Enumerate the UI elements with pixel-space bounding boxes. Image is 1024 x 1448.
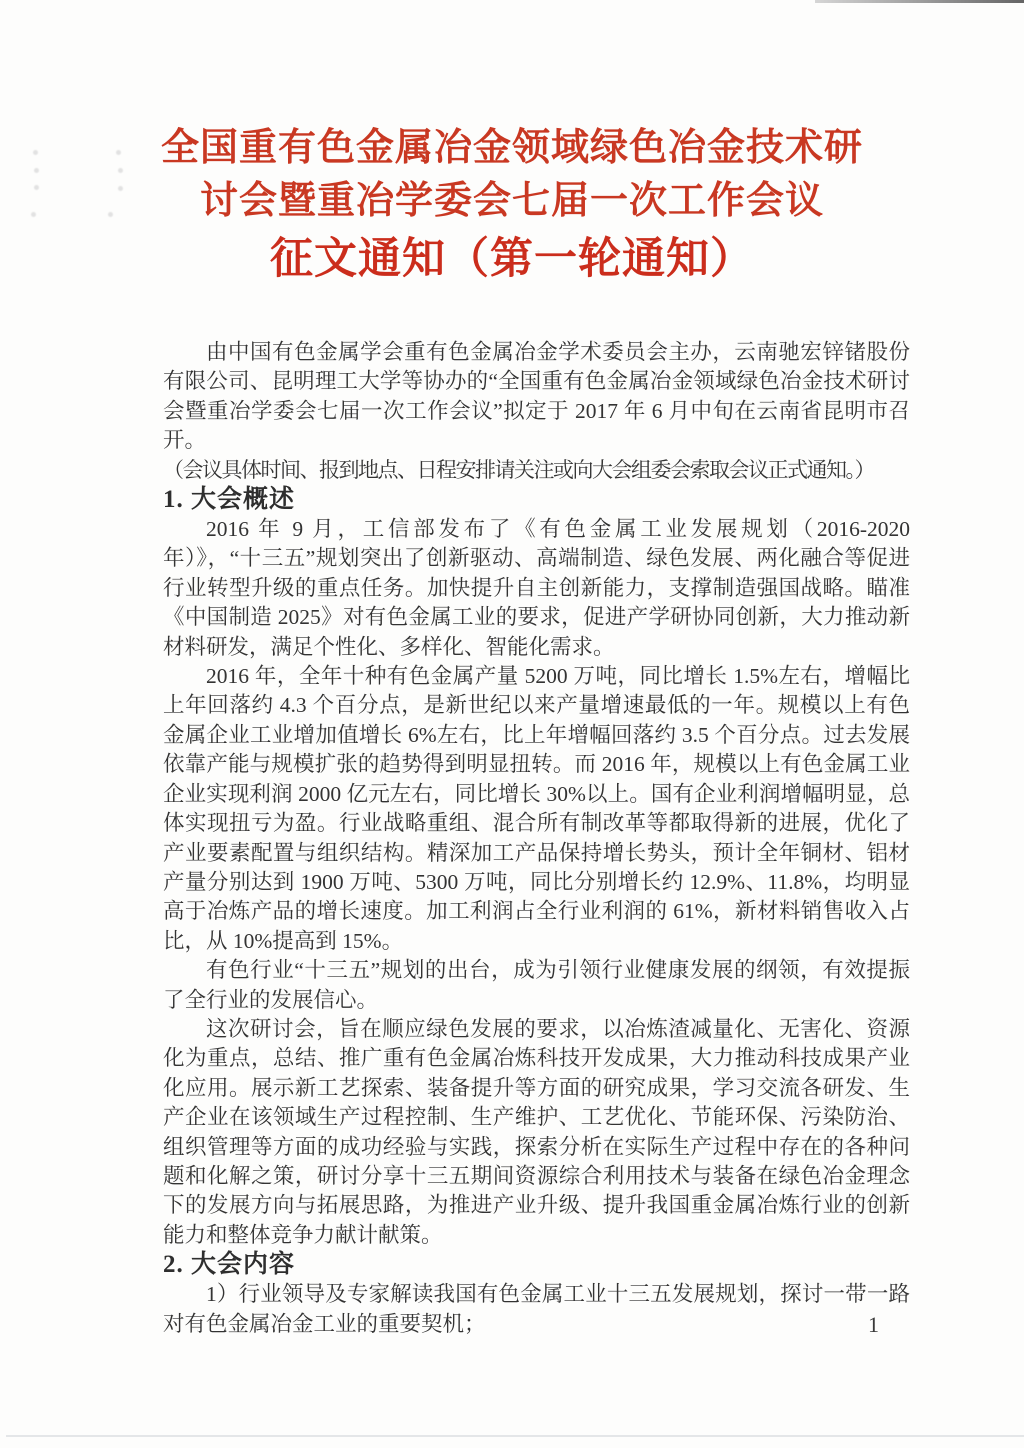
title-line-1: 全国重有色金属冶金领域绿色冶金技术研: [0, 122, 1024, 175]
intro-note-paragraph: （会议具体时间、报到地点、日程安排请关注或向大会组委会索取会议正式通知。）: [163, 456, 910, 485]
title-line-2: 讨会暨重冶学委会七届一次工作会议: [0, 175, 1024, 228]
section-2-heading: 2. 大会内容: [163, 1250, 910, 1280]
section-1-paragraph-3: 有色行业“十三五”规划的出台，成为引领行业健康发展的纲领，有效提振了全行业的发展…: [163, 956, 910, 1015]
scan-artifact-bottom-edge: [6, 1435, 1024, 1437]
scanned-document-page: 全国重有色金属冶金领域绿色冶金技术研 讨会暨重冶学委会七届一次工作会议 征文通知…: [0, 0, 1024, 1448]
section-1-paragraph-2: 2016 年，全年十种有色金属产量 5200 万吨，同比增长 1.5%左右，增幅…: [163, 662, 910, 956]
section-1-heading: 1. 大会概述: [163, 485, 910, 515]
scan-artifact-top-edge: [815, 0, 1024, 3]
document-title: 全国重有色金属冶金领域绿色冶金技术研 讨会暨重冶学委会七届一次工作会议 征文通知…: [0, 122, 1024, 287]
section-1-paragraph-4: 这次研讨会，旨在顺应绿色发展的要求，以冶炼渣减量化、无害化、资源化为重点，总结、…: [163, 1015, 910, 1250]
document-body: 由中国有色金属学会重有色金属冶金学术委员会主办，云南驰宏锌锗股份有限公司、昆明理…: [163, 338, 910, 1339]
section-1-paragraph-1: 2016 年 9 月，工信部发布了《有色金属工业发展规划（2016-2020 年…: [163, 515, 910, 662]
page-number: 1: [868, 1312, 879, 1338]
title-notice-line: 征文通知（第一轮通知）: [0, 231, 1024, 287]
intro-paragraph: 由中国有色金属学会重有色金属冶金学术委员会主办，云南驰宏锌锗股份有限公司、昆明理…: [163, 338, 910, 456]
section-2-paragraph-1: 1）行业领导及专家解读我国有色金属工业十三五发展规划，探讨一带一路对有色金属冶金…: [163, 1280, 910, 1339]
